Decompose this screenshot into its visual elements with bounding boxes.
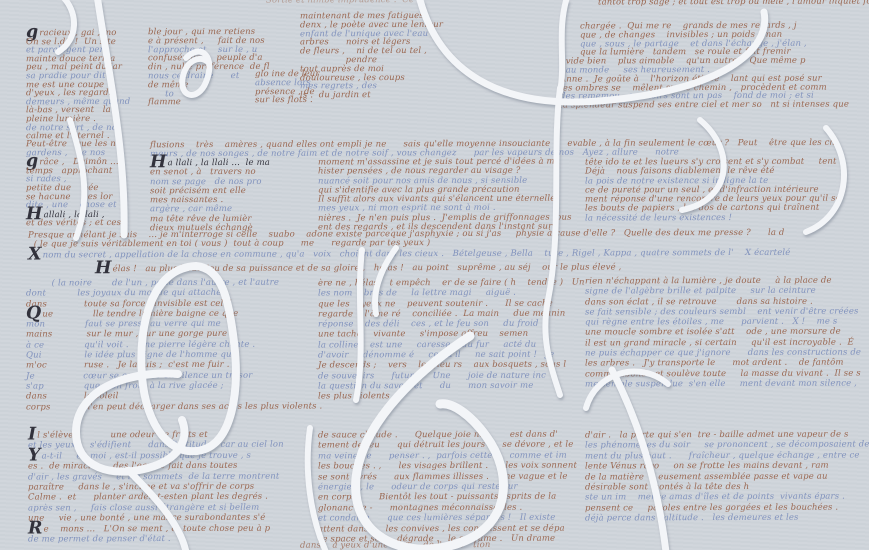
handwritten-line: tement de feu qui détruit les jours se d… <box>318 440 583 451</box>
handwritten-text: dans le soleil <box>26 391 119 401</box>
handwritten-text: comme abonde et soulève toute la masse d… <box>585 368 861 379</box>
handwritten-text: déjà perce dans l'altitude . les demeure… <box>585 513 799 524</box>
handwritten-text: ste un im mense amas d'îles et de points… <box>585 492 845 503</box>
handwritten-line: Calme . et planter arden-t-esten plant l… <box>28 492 318 503</box>
handwritten-text: les nom bres de la lettre magi aiguë . <box>318 288 516 299</box>
handwritten-line: la nécessité de leurs existences ! <box>585 213 869 223</box>
handwritten-line: lente Vénus rayo on se frotte les mains … <box>585 461 869 472</box>
text-block-top-cut-line: Sortie et nimbé imprudence . Ce <box>266 0 596 5</box>
handwritten-text: regarde l'âme ré conciliée . La main due… <box>318 308 565 319</box>
handwritten-line: corps n'en peut décharger dans ses actes… <box>26 401 316 412</box>
handwritten-line: une moucle sombre et isolée s'att ode , … <box>585 327 869 338</box>
handwritten-text: après sen , fais close aussi étrangère e… <box>28 503 259 514</box>
handwritten-text: les arbres . J'y transporte le mot arden… <box>585 358 844 369</box>
handwritten-text: flamme <box>148 98 181 108</box>
handwritten-line: une vie , une bonté , une malice surabon… <box>28 513 318 524</box>
handwritten-text: ma veine de penser . , parfois cette com… <box>318 450 567 461</box>
handwritten-text: ue lle tendre lumière baigne ce que <box>42 309 238 320</box>
handwritten-line: Hélas ! au plus haut lieu de sa puissanc… <box>95 262 815 275</box>
text-block-bottom-center: de sauce chaude . Quelque joie née est d… <box>318 430 583 544</box>
handwritten-text: la colline est une caresse . du fur acté… <box>318 339 536 350</box>
handwritten-text: glonanc de - montagnes méconnaissables . <box>318 503 522 514</box>
text-block-bottom-right: d'air . la porte qui s'en tre - baille a… <box>585 430 869 524</box>
handwritten-text: et des vérités ; et ces <box>26 218 121 228</box>
text-block-col3-top: maintenant de mes fatigues ,denx , le po… <box>300 12 500 100</box>
handwritten-text: ( le que je suis véritablement en toi ( … <box>28 238 430 249</box>
handwritten-text: une vie , une bonté , une malice surabon… <box>28 513 266 524</box>
handwritten-line: mains sur le mur , sur une gorge pure , <box>26 329 316 340</box>
handwritten-line: la splendeur suspend ses entre ciel et m… <box>560 101 869 111</box>
handwritten-text: s'ap que mon front à la rive glacée ; <box>26 381 224 392</box>
handwritten-text: Sortie et nimbé imprudence . Ce <box>266 0 414 6</box>
handwriting-layer: Sortie et nimbé imprudence . Cetantôt tr… <box>0 0 869 550</box>
handwritten-text: dans à yeux d'une état . de l'odite tion <box>300 540 491 550</box>
handwritten-text: nom du secret , appellation de la chose … <box>43 248 791 261</box>
handwritten-text: désirable sont montés à la tête des h <box>585 482 749 493</box>
handwritten-text: Calme . et planter arden-t-esten plant l… <box>28 492 268 503</box>
handwritten-text: dont les joyaux du monde qui attache <box>26 288 222 299</box>
handwritten-line: ls . du jardin et <box>300 91 500 100</box>
handwritten-line: Sortie et nimbé imprudence . Ce <box>266 0 596 6</box>
handwritten-text: Je descends ; vers les fleu rs aux bosqu… <box>318 360 566 371</box>
handwritten-line: dont les joyaux du monde qui attache <box>26 288 316 299</box>
handwritten-line: Xnom du secret , appellation de la chose… <box>28 247 869 260</box>
handwritten-text: de souvenirs futurs . Une joie de nature… <box>318 370 546 381</box>
handwritten-line: une tache vivante s'impose affreu semen <box>318 329 583 340</box>
text-block-bottom-left: Il s'élève une odeur de fruits etet les … <box>28 430 318 544</box>
handwritten-text: corps n'en peut décharger dans ses actes… <box>26 401 322 412</box>
initial-letter: H <box>95 258 112 278</box>
handwritten-text: élas ! au plus haut lieu de sa puissance… <box>113 262 622 274</box>
handwritten-text: a-t-il en moi , est-il possible que je t… <box>42 451 251 462</box>
handwritten-text: d'air , les gravés et les sommets de la … <box>28 471 280 482</box>
handwritten-text: se sont livrés aux flammes illisses . Un… <box>318 471 568 482</box>
handwritten-text: pensent ce paroles entre les gorgées et … <box>585 502 838 513</box>
handwritten-line: les nom bres de la lettre magi aiguë . <box>318 288 583 299</box>
handwritten-line: dans le soleil <box>26 391 316 402</box>
handwritten-text: me semble suspendue s'en elle ment devan… <box>585 379 857 390</box>
text-block-presque-band: Presque anhélant je suis ... je m'interr… <box>28 230 869 259</box>
text-block-mid-left: Ha llali , la llali ... le maen senot , … <box>150 158 310 233</box>
handwritten-line: et condamn que ces lumières séparées ! I… <box>318 513 583 524</box>
handwritten-line: ste un im mense amas d'îles et de points… <box>585 492 869 503</box>
handwritten-line: les plus violents . <box>318 391 583 402</box>
handwritten-text: les phénomènes du soir se prononcent , s… <box>585 440 869 451</box>
handwritten-line: en corps . Bientôt les tout - puissants … <box>318 492 583 503</box>
handwritten-text: les plus violents . <box>318 391 395 401</box>
handwritten-text: une moucle sombre et isolée s'att ode , … <box>585 327 841 338</box>
handwritten-text: les bouches . , les visages brillent . l… <box>318 461 577 472</box>
handwritten-line: m'oc ruse . Je la fuis ; c'est me fuir . <box>26 360 316 371</box>
text-block-mid-center: moment m'assassine et je suis tout percé… <box>318 158 583 232</box>
handwritten-text: Je cœur se compose en silence un trésor <box>26 370 252 381</box>
handwritten-text: l s'élève une odeur de fruits et <box>37 430 208 441</box>
handwritten-text: dans son éclat , il se retrouve dans sa … <box>585 296 813 307</box>
handwritten-text: en corps . Bientôt les tout - puissants … <box>318 492 556 503</box>
handwritten-text: ls . du jardin et <box>300 90 371 100</box>
handwritten-text: tantôt trop sage ; et tout est trop ou m… <box>598 0 869 7</box>
handwritten-text: la splendeur suspend ses entre ciel et m… <box>560 100 849 111</box>
manuscript-page: Sortie et nimbé imprudence . Cetantôt tr… <box>0 0 869 550</box>
handwritten-text: une tache vivante s'impose affreu semen <box>318 329 528 340</box>
handwritten-line: que les yeux ne peuvent soutenir . Il se… <box>318 298 583 309</box>
handwritten-text: à ce qu'il voit . Une pierre légère chan… <box>26 339 255 350</box>
handwritten-line: de me permet de penser d'état . <box>28 534 318 545</box>
text-block-midband-left: ( la noire de l'un , parle dans l'autre … <box>26 278 316 412</box>
handwritten-text: la nécessité de leurs existences ! <box>585 213 732 224</box>
handwritten-line: Je descends ; vers les fleu rs aux bosqu… <box>318 360 583 371</box>
handwritten-text: e mons ... L'On se ment , et toute chose… <box>44 523 271 534</box>
handwritten-text: m'oc ruse . Je la fuis ; c'est me fuir . <box>26 360 230 371</box>
handwritten-text: es . de miracle des l'eau se fait dans t… <box>28 461 238 472</box>
handwritten-text: attent dans les convives , les connaisse… <box>318 523 565 534</box>
handwritten-line: les phénomènes du soir se prononcent , s… <box>585 440 869 451</box>
handwritten-text: de la matière eusement assemblée passe e… <box>585 471 828 482</box>
handwritten-line: dans à yeux d'une état . de l'odite tion <box>300 539 700 550</box>
handwritten-line: tantôt trop sage ; et tout est trop ou m… <box>598 0 869 7</box>
handwritten-text: lente Vénus rayo on se frotte les mains … <box>585 461 829 472</box>
handwritten-line: déjà perce dans l'altitude . les demeure… <box>585 513 869 524</box>
handwritten-text: la question du savoir et du mon savoir m… <box>318 381 533 392</box>
text-block-midband-center: ère ne , hélas t empêch er de se faire (… <box>318 278 583 402</box>
text-block-top-right-line: tantôt trop sage ; et tout est trop ou m… <box>598 0 869 7</box>
initial-letter: X <box>28 244 42 264</box>
text-block-bottom-edge-line: dans à yeux d'une état . de l'odite tion <box>300 540 700 550</box>
handwritten-text: signe de l'algèbre brille et palpite sur… <box>585 286 816 297</box>
handwritten-text: tement de feu qui détruit les jours se d… <box>318 440 574 451</box>
text-block-mid-right: tête ido te et les lueurs s'y croisent e… <box>585 158 869 223</box>
handwritten-text: mains sur le mur , sur une gorge pure , <box>26 329 233 340</box>
handwritten-line: et les yeux s'édifient dans l'altitude ,… <box>28 440 318 451</box>
handwritten-line: les bouches . , les visages brillent . l… <box>318 461 583 472</box>
handwritten-line: signe de l'algèbre brille et palpite sur… <box>585 286 869 297</box>
handwritten-text: ment du plus haut . fraîcheur , quelque … <box>585 450 860 461</box>
text-block-helas-line: Hélas ! au plus haut lieu de sa puissanc… <box>95 263 815 273</box>
handwritten-text: dans toute sa force , invisible est celu… <box>26 298 232 309</box>
handwritten-line: les arbres . J'y transporte le mot arden… <box>585 358 869 369</box>
handwritten-text: et condamn que ces lumières séparées ! I… <box>318 513 555 524</box>
handwritten-text: de me permet de penser d'état . <box>28 534 171 544</box>
handwritten-line: es . de miracle des l'eau se fait dans t… <box>28 461 318 472</box>
text-block-top-right-block: chargée . Qui me re grands de mes regard… <box>560 22 869 110</box>
handwritten-text: et les yeux s'édifient dans l'altitude ,… <box>28 440 284 451</box>
text-block-midband-right: rien n'échappant à la lumière , je doute… <box>585 276 869 389</box>
handwritten-text: que les yeux ne peuvent soutenir . Il se… <box>318 298 553 309</box>
handwritten-text: il est un grand miracle , si certain qu'… <box>585 337 854 348</box>
handwritten-line: me semble suspendue s'en elle ment devan… <box>585 378 869 389</box>
